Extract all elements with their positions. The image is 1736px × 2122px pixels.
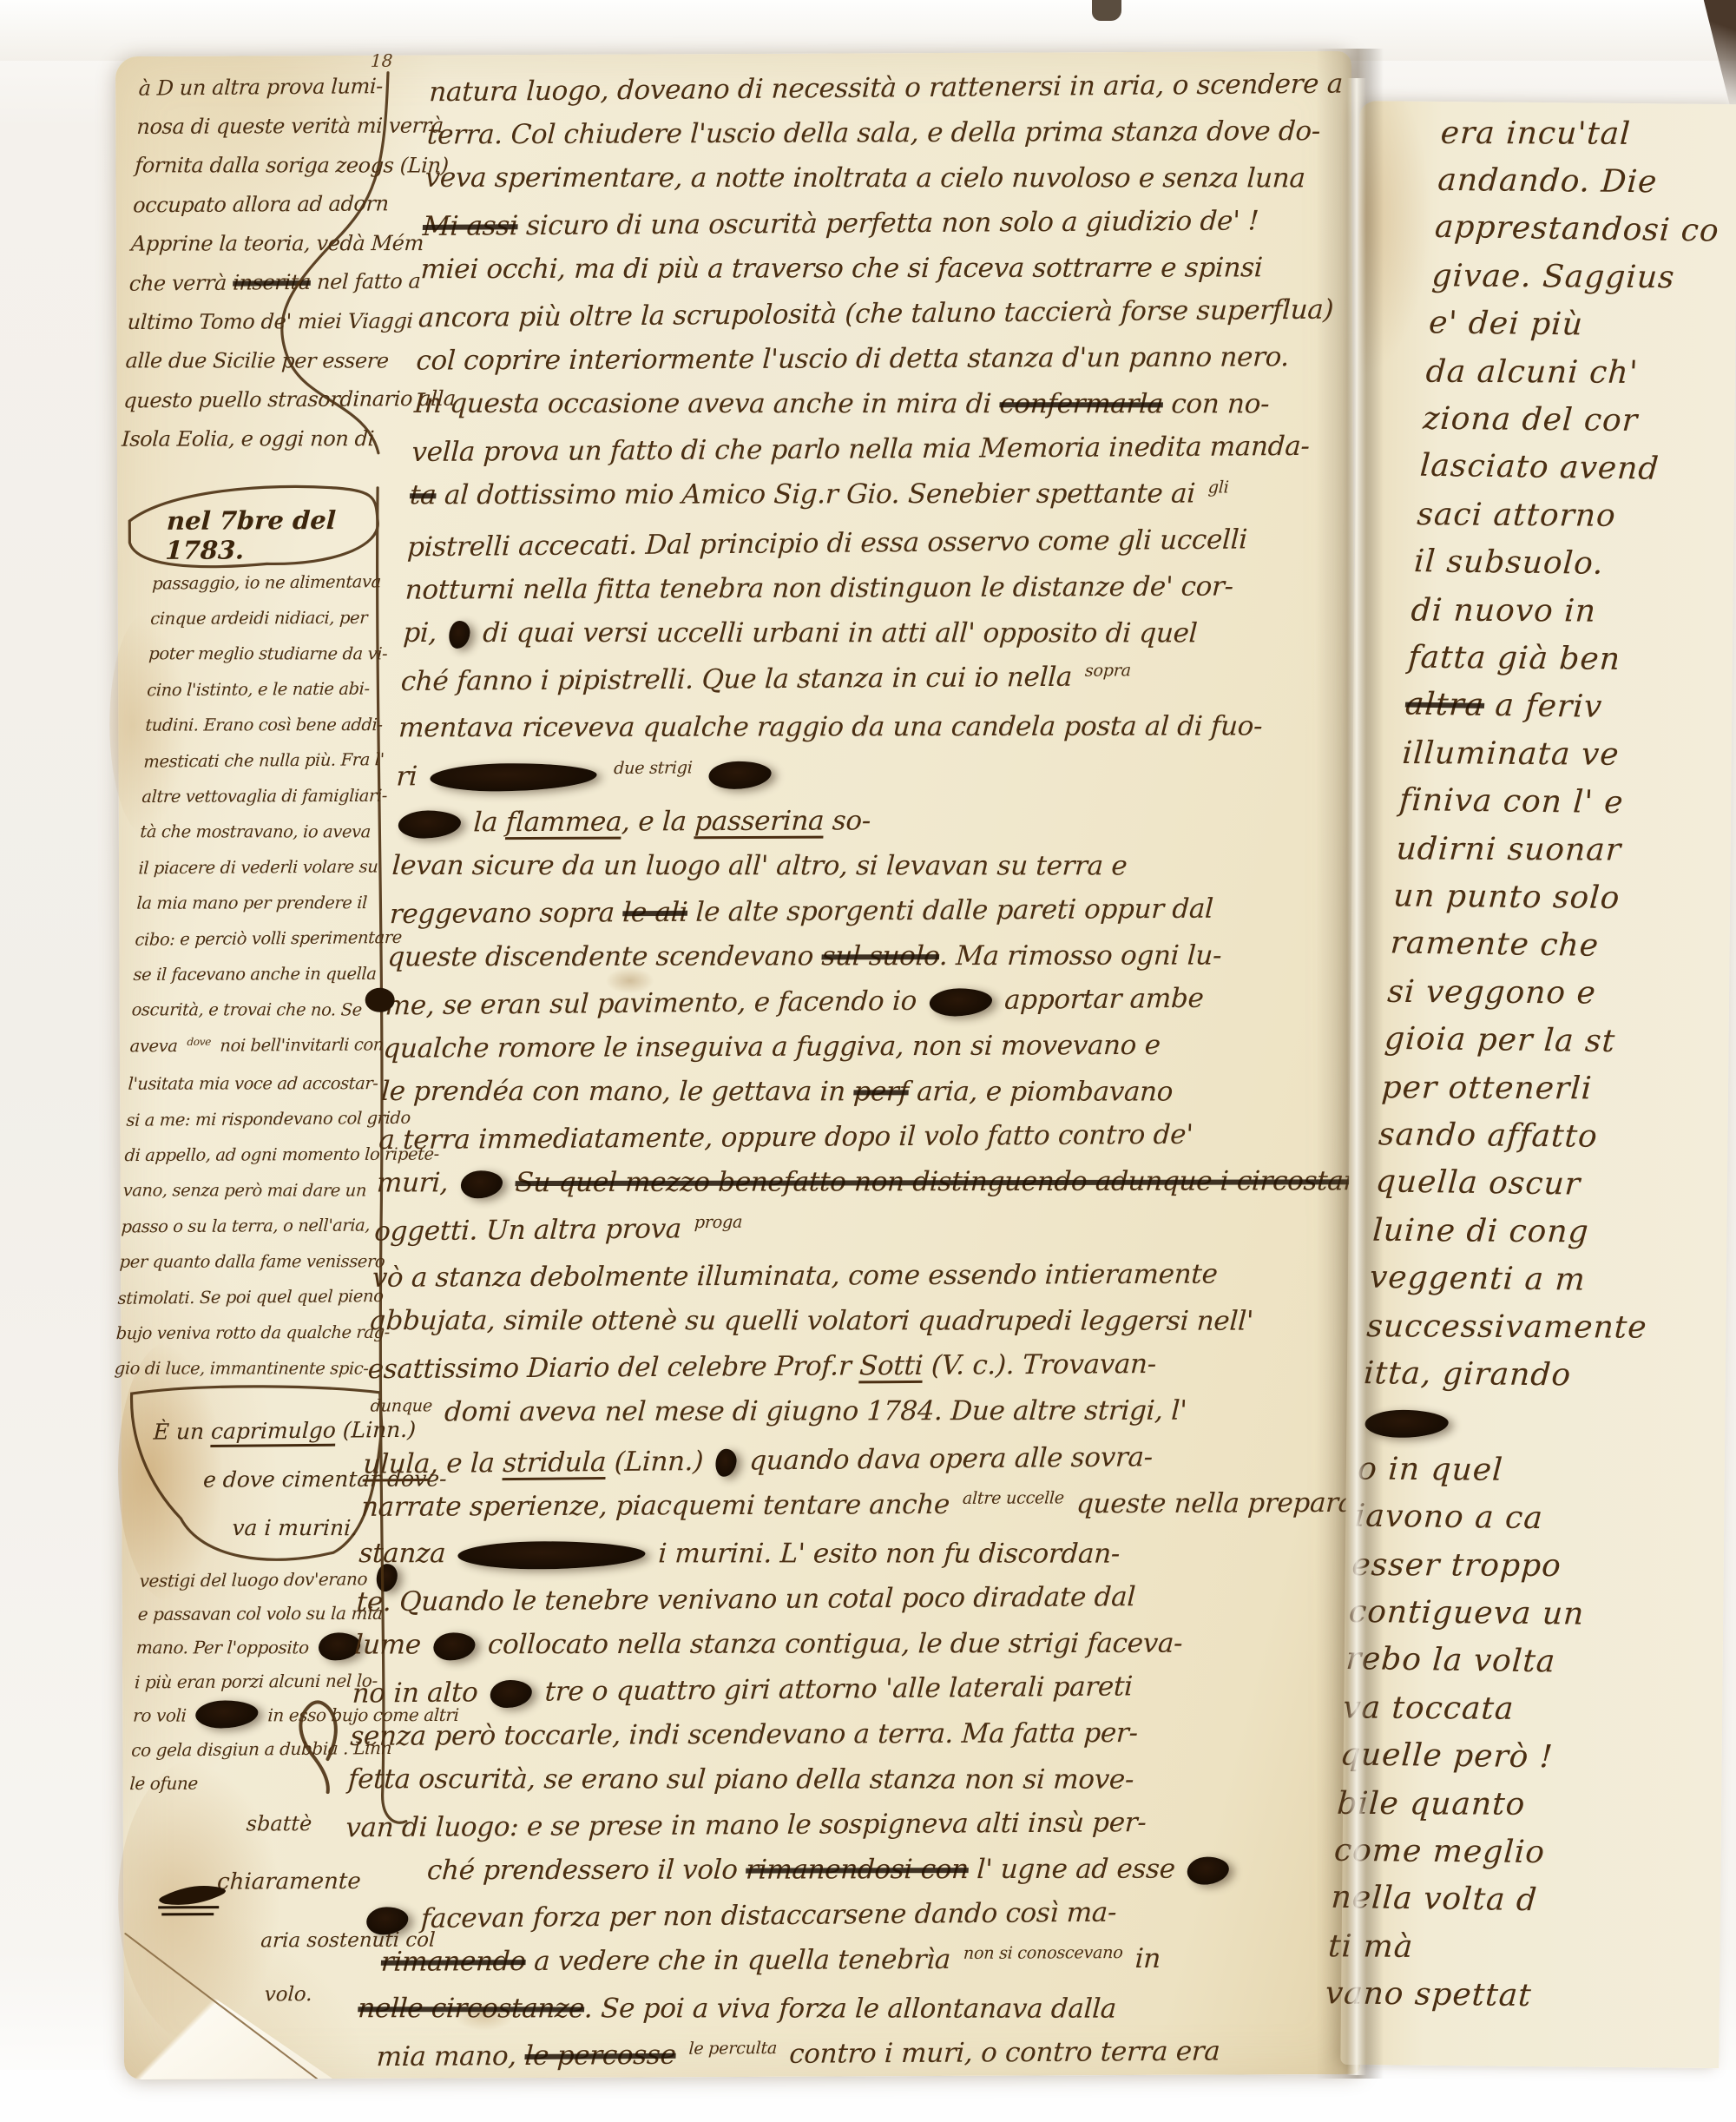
text-line: saci attorno (1416, 491, 1736, 541)
ink-blot (929, 988, 992, 1017)
ink-smudge-strokes (158, 1908, 219, 1914)
inserted-word: dunque (370, 1396, 432, 1416)
text-line: veva sperimentare, a notte inoltrata a c… (424, 155, 1401, 201)
inserted-word: non si conoscevano (963, 1943, 1123, 1964)
text-line: bujo veniva rotto da qualche rag- (115, 1315, 371, 1351)
text-line: mesticati che nulla più. Fra l' (143, 741, 398, 780)
text-line: bile quanto (1336, 1780, 1686, 1829)
inserted-word: gli (1207, 478, 1229, 498)
text-line: mia mano, le percosse le perculta contro… (375, 2028, 1312, 2083)
text-line: di appello, ad ogni momento lo ripete- (124, 1137, 379, 1173)
text-line: fetta oscurità, se erano sul piano della… (347, 1756, 1325, 1802)
text-line: stimolati. Se poi quel quel pieno (117, 1278, 372, 1316)
struck-text (362, 1903, 414, 1935)
text-line: mentava riceveva qualche raggio da una c… (398, 703, 1375, 750)
text-line: quelle però ! (1338, 1730, 1688, 1783)
facing-page-text-column: era incu'talandando. Dieapprestandosi co… (1324, 109, 1736, 2021)
text-line: abbujata, simile ottenè su quelli volato… (369, 1298, 1346, 1344)
text-line: udirni suonar (1395, 825, 1736, 874)
text-line: fornita dalla soriga zeogs (Lin) (134, 146, 389, 185)
inserted-word: dove (187, 1036, 211, 1048)
text-line: narrate sperienze, piacquemi tentare anc… (360, 1480, 1338, 1533)
text-line: ulula, e la stridula (Linn.) quando dava… (362, 1433, 1339, 1486)
text-line: passaggio, io ne alimentava (151, 563, 406, 602)
text-line: ché prendessero il volo rimanendosi con … (426, 1846, 1320, 1893)
text-line: ziona del cor (1422, 395, 1736, 446)
text-line: muri, Su quel mezzo benefatto non distin… (376, 1158, 1353, 1205)
text-line: alle due Sicilie per essere (124, 341, 379, 380)
text-line: rebo la volta (1345, 1635, 1695, 1688)
text-line: itta, girando (1362, 1349, 1712, 1400)
text-line: per ottenerli (1380, 1064, 1730, 1113)
text-line: la mia mano per prendere il (136, 885, 391, 921)
text-line: nosa di queste verità mi verrà (135, 107, 391, 147)
underlined-text: stridula (503, 1447, 607, 1479)
text-line: In questa occasione aveva anche in mira … (413, 381, 1391, 427)
text-line: un punto solo (1392, 872, 1736, 923)
text-line: veggenti a m (1368, 1254, 1718, 1306)
text-line: pi, di quai versi uccelli urbani in atti… (402, 610, 1379, 656)
text-line: esattissimo Diario del celebre Prof.r So… (367, 1341, 1345, 1393)
text-line: passo o su la terra, o nell'aria, (121, 1207, 376, 1244)
manuscript-scan: { "document": { "kind": "handwritten man… (0, 0, 1736, 2122)
text-line: terra. Col chiudere l'uscio della sala, … (426, 109, 1404, 158)
text-line: la flammea, e la passerina so- (393, 796, 1371, 846)
margin-note-chiaramente: chiaramente (216, 1868, 361, 1895)
ink-blot (449, 621, 471, 649)
ink-blot (715, 1449, 737, 1477)
text-line: era incu'tal (1439, 109, 1736, 159)
text-line: nelle circostanze. Se poi a viva forza l… (357, 1986, 1313, 2032)
text-line: finiva con l' e (1397, 776, 1736, 828)
ink-blot (433, 1632, 477, 1660)
struck-text: rimanendosi con (745, 1854, 969, 1886)
ink-blot (429, 762, 596, 792)
text-line: pistrelli accecati. Dal principio di ess… (406, 516, 1384, 570)
facing-page: era incu'talandando. Dieapprestandosi co… (1340, 101, 1736, 2068)
text-line: Mi assi sicuro di una oscurità perfetta … (422, 197, 1399, 249)
caprimulgo-note: È un caprimulgo (Linn.)e dove cimentar d… (148, 1407, 389, 1553)
text-line: per quanto dalla fame venissero (119, 1243, 374, 1280)
text-line: che verrà inserita nel fatto a (128, 262, 384, 304)
ink-blot (460, 1170, 503, 1198)
text-line: e' dei più (1427, 299, 1736, 351)
text-line: luine di cong (1371, 1207, 1721, 1257)
text-line: e dove cimentar dove- (202, 1455, 387, 1505)
text-line: givae. Saggius (1430, 252, 1736, 302)
text-line: vano, senza però mai dare un (122, 1172, 378, 1208)
text-line: miei occhi, ma di più a traverso che si … (419, 245, 1397, 292)
text-line: me, se eran sul pavimento, e facendo io … (385, 974, 1362, 1028)
inserted-word: due strigi (614, 758, 693, 779)
text-line: tà che mostravano, io aveva (139, 814, 394, 849)
text-line: oggetti. Un altra prova proga (373, 1200, 1351, 1257)
struck-text (429, 1629, 481, 1660)
struck-text: ta (409, 479, 437, 511)
struck-text: nelle circostanze (357, 1993, 585, 2024)
text-line: col coprire interiormente l'uscio di det… (415, 334, 1392, 384)
text-line: È un caprimulgo (Linn.) (153, 1406, 389, 1457)
text-line: ultimo Tomo de' miei Viaggi (127, 302, 382, 342)
text-line: il subsuolo. (1412, 537, 1736, 590)
text-line: ri due strigi (395, 745, 1373, 802)
underlined-text: caprimulgo (211, 1418, 337, 1444)
text-line: dunque domi aveva nel mese di giugno 178… (365, 1387, 1343, 1438)
underlined-text: ulula (363, 1448, 431, 1480)
text-line: ta al dottissimo mio Amico Sig.r Gio. Se… (409, 471, 1387, 521)
text-line: va toccata (1342, 1684, 1692, 1734)
struck-text: altra (1404, 687, 1486, 723)
text-line: cinque ardeidi nidiaci, per (149, 600, 404, 636)
struck-text (444, 617, 476, 649)
text-line: contigueva un (1347, 1588, 1697, 1639)
text-line: vella prova un fatto di che parlo nella … (411, 423, 1388, 475)
struck-text (924, 985, 997, 1017)
struck-text: Mi assi (422, 210, 518, 242)
text-line: Isola Eolia, e oggi non di (121, 419, 376, 459)
struck-text (704, 757, 777, 789)
text-line: ancora più oltre la scrupolosità (che ta… (418, 287, 1395, 340)
ink-blot (1187, 1857, 1230, 1885)
underlined-text: flammea (505, 807, 622, 839)
inserted-word: le perculta (688, 2038, 778, 2059)
text-line: apprestandosi co (1433, 203, 1736, 256)
text-line: Apprine la teoria, vedà Mém (130, 224, 385, 264)
struck-text: Su quel mezzo benefatto non distinguendo… (515, 1165, 1380, 1198)
margin-note-block-2: passaggio, io ne alimentavacinque ardeid… (114, 564, 406, 1387)
text-line: poter meglio studiarne da vi- (148, 636, 403, 671)
text-line: no in alto tre o quattro giri attorno 'a… (352, 1662, 1329, 1716)
text-line: si a me: mi rispondevano col grido (126, 1100, 381, 1138)
text-line: esser troppo (1351, 1541, 1700, 1591)
scan-bed-top (0, 0, 1736, 61)
struck-text: confermarla (999, 388, 1164, 419)
text-line: occupato allora ad adorn (132, 184, 387, 225)
text-line: cibo: e perciò volli sperimentare (135, 919, 390, 958)
ink-smudge (159, 1886, 226, 1905)
text-line: levan sicure da un luogo all' altro, si … (391, 843, 1368, 889)
ink-blot (366, 1907, 409, 1934)
text-line: o in quel (1357, 1446, 1706, 1496)
text-line: successivamente (1365, 1302, 1715, 1352)
fold-highlight (1347, 78, 1366, 2075)
text-line: altre vettovaglia di famigliari- (141, 778, 396, 814)
text-line: stanza i murini. L' esito non fu discord… (358, 1531, 1335, 1577)
struck-text (393, 807, 466, 838)
text-line: te. Quando le tenebre venivano un cotal … (356, 1573, 1333, 1625)
text-line: si veggono e (1386, 968, 1736, 1018)
text-line: qualche romore le inseguiva a fuggiva, n… (382, 1022, 1359, 1071)
text-line: lasciato avend (1418, 442, 1736, 495)
text-line: l'usitata mia voce ad accostar- (128, 1065, 383, 1102)
margin-heading-1783: nel 7bre del 1783. (165, 505, 376, 565)
manuscript-page: 18 à D un altra prova lumi-nosa di quest… (115, 51, 1360, 2079)
text-line: tudini. Erano così bene addi- (144, 707, 399, 743)
text-line: fatta già ben (1407, 634, 1736, 685)
text-line: sando affatto (1378, 1110, 1727, 1162)
margin-note-aria-volo-2: volo. (264, 1983, 312, 2006)
struck-text: le percosse (524, 2040, 677, 2072)
text-line: se il facevano anche in quella (133, 956, 388, 992)
main-text-column: natura luogo, doveano di necessità o rat… (333, 63, 1405, 2082)
margin-note-block-1: à D un altra prova lumi-nosa di queste v… (121, 68, 393, 459)
ink-blot (457, 1541, 647, 1569)
text-line: iavono a ca (1353, 1493, 1703, 1545)
text-line: à D un altra prova lumi- (138, 67, 393, 109)
text-line: vò a stanza debolmente illuminata, come … (372, 1251, 1349, 1301)
text-line: aveva dove noi bell'invitarli con (129, 1026, 385, 1066)
text-line: facevan forza per non distaccarsene dand… (361, 1888, 1318, 1941)
struck-text: rimanendo (380, 1946, 526, 1978)
struck-text (453, 1538, 651, 1569)
underlined-text: Sotti (858, 1350, 924, 1382)
text-line: altra a feriv (1404, 681, 1736, 734)
inserted-word: altre uccelle (962, 1488, 1064, 1509)
text-line: rimanendo a vedere che in quella tenebrì… (380, 1935, 1317, 1988)
inserted-word: proga (694, 1212, 742, 1233)
ink-blot (195, 1700, 260, 1728)
text-line: van di luogo: e se prese in mano le sosp… (345, 1799, 1322, 1851)
text-line: da alcuni ch' (1424, 348, 1736, 398)
struck-text: sul suolo (821, 940, 940, 972)
underlined-text: passerina (694, 806, 825, 838)
struck-text: inserita (233, 270, 312, 295)
text-line: di nuovo in (1410, 587, 1736, 636)
text-line: lume collocato nella stanza contigua, le… (353, 1620, 1331, 1667)
text-line: illuminata ve (1401, 729, 1736, 780)
text-line: andando. Die (1437, 156, 1736, 208)
ink-mark-top-edge (1092, 0, 1121, 21)
inserted-word: sopra (1084, 661, 1131, 681)
text-line: questo puello strasordinario alla (122, 379, 378, 420)
text-line: le prendéa con mano, le gettava in perf … (380, 1069, 1358, 1115)
struck-text: perf (853, 1076, 910, 1107)
text-line: queste discendente scendevano sul suolo.… (386, 932, 1364, 979)
ink-blot (708, 761, 772, 789)
text-line: natura luogo, doveano di necessità o rat… (428, 61, 1405, 115)
text-line: a terra immediatamente, oppure dopo il v… (378, 1111, 1355, 1163)
text-line: gio di luce, immantinente spic- (114, 1350, 369, 1386)
text-line: ché fanno i pipistrelli. Que la stanza i… (399, 652, 1378, 708)
margin-note-sbatte: sbattè (246, 1811, 312, 1835)
text-line: come meglio (1332, 1827, 1682, 1878)
ink-blot (398, 810, 462, 838)
text-line: reggevano sopra le ali le alte sporgenti… (389, 885, 1366, 937)
text-line (1359, 1396, 1710, 1449)
text-line: cino l'istinto, e le natie abi- (146, 670, 401, 708)
text-line: oscurità, e trovai che no. Se (131, 992, 386, 1027)
struck-text: le ali (622, 897, 688, 929)
text-line: quella oscur (1374, 1157, 1725, 1210)
text-line: gioia per la st (1383, 1015, 1733, 1067)
struck-text (1182, 1854, 1234, 1885)
text-line: senza però toccarle, indi scendevano a t… (349, 1710, 1326, 1759)
text-line: notturni nella fitta tenebra non disting… (404, 563, 1382, 613)
text-line: ramente che (1389, 919, 1736, 972)
ink-blot (490, 1680, 532, 1708)
text-line: il piacere di vederli volare su (138, 848, 393, 886)
